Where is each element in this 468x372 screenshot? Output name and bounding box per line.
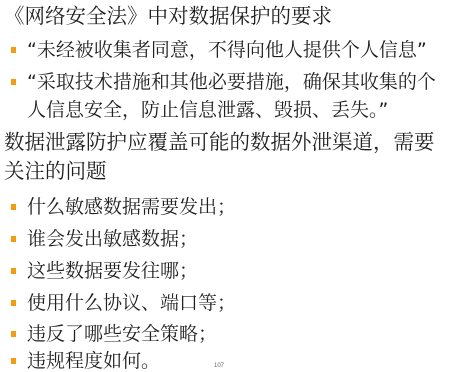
- section1-heading: 《网络安全法》中对数据保护的要求: [4, 3, 332, 29]
- bullet-text: 使用什么协议、端口等；: [27, 291, 236, 316]
- slide: 《网络安全法》中对数据保护的要求 “未经被收集者同意，不得向他人提供个人信息” …: [0, 0, 468, 372]
- bullet-text: 违规程度如何。: [27, 349, 160, 372]
- bullet-text-line-1: “采取技术措施和其他必要措施，确保其收集的个: [27, 70, 436, 95]
- bullet-text-line-2: 人信息安全，防止信息泄露、毁损、丢失。”: [27, 98, 388, 123]
- orange-square-bullet-icon: [11, 47, 16, 53]
- section2-heading-line-1: 数据泄露防护应覆盖可能的数据外泄渠道，需要: [4, 129, 435, 155]
- bullet-text: 谁会发出敏感数据；: [27, 227, 198, 252]
- orange-square-bullet-icon: [11, 236, 16, 242]
- bullet-text: 违反了哪些安全策略；: [27, 322, 217, 347]
- page-number: 107: [214, 362, 224, 370]
- orange-square-bullet-icon: [11, 331, 16, 337]
- section2-heading-line-2: 关注的问题: [4, 158, 107, 184]
- bullet-text: 什么敏感数据需要发出；: [27, 195, 236, 220]
- bullet-text: 这些数据要发往哪；: [27, 259, 198, 284]
- orange-square-bullet-icon: [11, 268, 16, 274]
- orange-square-bullet-icon: [11, 358, 16, 364]
- orange-square-bullet-icon: [11, 204, 16, 210]
- bullet-text: “未经被收集者同意，不得向他人提供个人信息”: [27, 38, 427, 63]
- orange-square-bullet-icon: [11, 79, 16, 85]
- orange-square-bullet-icon: [11, 300, 16, 306]
